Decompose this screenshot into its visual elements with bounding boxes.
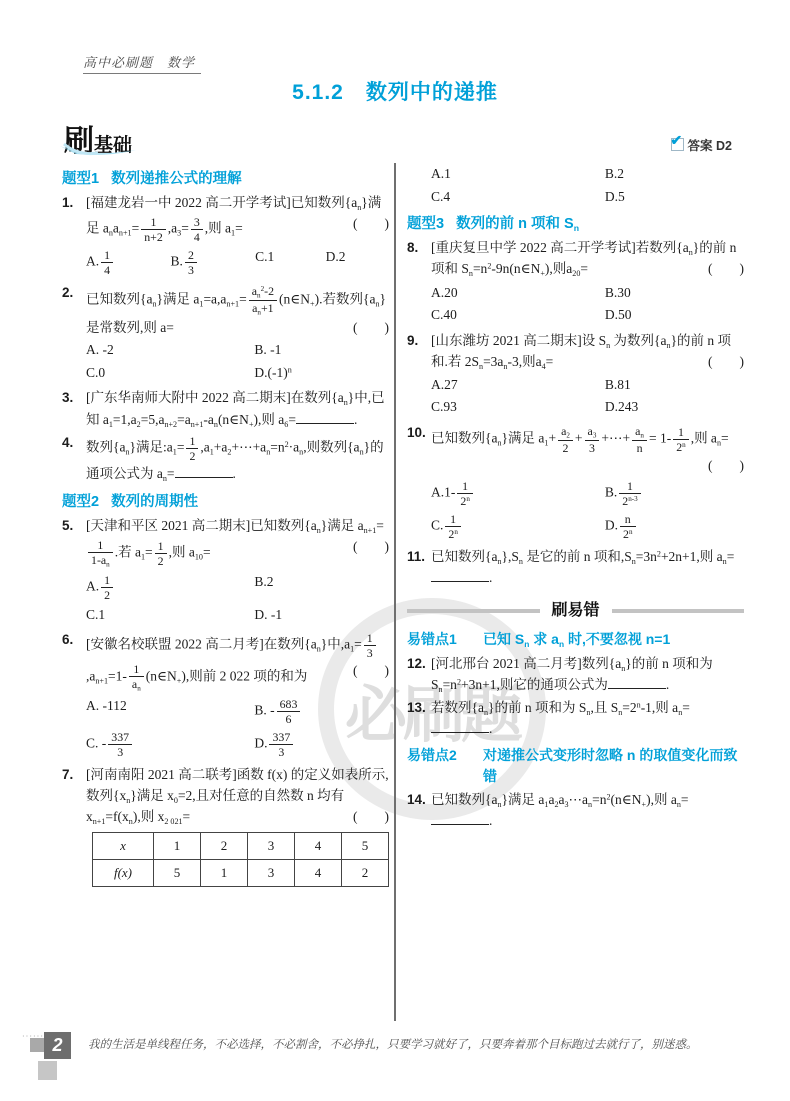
problem-14: 14.已知数列{an}满足 a1a2a3⋯an=n2(n∈N+),则 an=. <box>407 790 744 832</box>
problem-3: 3.[广东华南师大附中 2022 高二期末]在数列{an}中,已知 a1=1,a… <box>62 388 389 430</box>
fraction: a33 <box>585 424 600 455</box>
option: B.30 <box>605 283 744 304</box>
fraction: 12 <box>186 434 198 463</box>
problem-text: 已知数列{an}满足 a1=a,an+1=an2-2an+1(n∈N+).若数列… <box>86 283 389 338</box>
mistake-title: 已知 Sn 求 an 时,不要忽视 n=1 <box>483 629 744 651</box>
answer-blank <box>175 465 233 478</box>
problem-4: 4.数列{an}满足:a1=12,a1+a2+⋯+an=n2·an,则数列{an… <box>62 433 389 485</box>
fraction: 6836 <box>277 697 301 726</box>
problem-number: 6. <box>62 630 86 694</box>
option: D. -1 <box>254 605 389 626</box>
options-row: A.1-12nB.12n-3C.12nD.n2n <box>431 478 744 542</box>
option: A.14 <box>86 247 171 278</box>
table-cell: 4 <box>295 833 342 860</box>
problem-6: 6.[安徽名校联盟 2022 高二月考]在数列{an}中,a1=13,an+1=… <box>62 630 389 694</box>
table-cell: f(x) <box>93 860 154 887</box>
topic-title: 数列的周期性 <box>111 494 198 510</box>
options-row: A.14B.23C.1D.2 <box>86 247 389 278</box>
footer-square-decoration-2 <box>38 1061 57 1080</box>
footer-quote: 我的生活是单线程任务，不必选择，不必割舍，不必挣扎，只要学习就好了，只要奔着那个… <box>88 1036 768 1052</box>
options-row: A.12B.2C.1D. -1 <box>86 572 389 626</box>
page-footer: ······· 2 我的生活是单线程任务，不必选择，不必割舍，不必挣扎，只要学习… <box>0 1028 790 1101</box>
problem-13: 13.若数列{an}的前 n 项和为 Sn,且 Sn=2n-1,则 an=. <box>407 698 744 740</box>
answer-blank <box>431 812 489 825</box>
table-cell: x <box>93 833 154 860</box>
option: D.2 <box>326 247 389 278</box>
answer-paren: ( ) <box>353 661 389 682</box>
topic-title: 数列的前 n 项和 Sn <box>456 216 579 232</box>
answer-paren: ( ) <box>708 456 744 477</box>
fraction: 12n <box>445 512 461 541</box>
answer-blank <box>608 676 666 689</box>
fraction: 1n+2 <box>141 215 166 244</box>
options-row: A.20B.30C.40D.50 <box>431 283 744 326</box>
table-row: x12345 <box>93 833 389 860</box>
divider-bar <box>612 609 745 613</box>
topic-label: 题型3 <box>407 216 444 232</box>
fraction: 12n <box>673 425 689 454</box>
problem-number: 1. <box>62 193 86 245</box>
fraction: ann <box>632 424 647 455</box>
problem-text: 数列{an}满足:a1=12,a1+a2+⋯+an=n2·an,则数列{an}的… <box>86 433 389 485</box>
option: D.3373 <box>254 729 389 760</box>
fraction: 3373 <box>269 730 293 759</box>
divider-bar <box>407 609 540 613</box>
table-row: f(x)51342 <box>93 860 389 887</box>
topic-header: 题型2数列的周期性 <box>62 491 389 513</box>
answer-paren: ( ) <box>353 318 389 339</box>
answer-blank <box>431 569 489 582</box>
problem-text: [山东潍坊 2021 高二期末]设 Sn 为数列{an}的前 n 项和.若 2S… <box>431 331 744 373</box>
option: D.50 <box>605 305 744 326</box>
answer-blank <box>431 720 489 733</box>
option: A.1-12n <box>431 478 605 509</box>
problem-number: 12. <box>407 654 431 696</box>
function-table: x12345f(x)51342 <box>92 832 389 887</box>
problem-number: 13. <box>407 698 431 740</box>
option: A.20 <box>431 283 605 304</box>
problem-number: 7. <box>62 765 86 828</box>
table-cell: 4 <box>295 860 342 887</box>
mistake-label: 易错点1 <box>407 629 477 651</box>
option: B.2 <box>605 164 744 185</box>
fraction: 12n <box>457 479 473 508</box>
topic-label: 题型1 <box>62 171 99 187</box>
option: C.0 <box>86 363 254 384</box>
option: B.2 <box>254 572 389 603</box>
problem-number: 4. <box>62 433 86 485</box>
problem-11: 11.已知数列{an},Sn 是它的前 n 项和,Sn=3n2+2n+1,则 a… <box>407 547 744 589</box>
option: C.93 <box>431 397 605 418</box>
problem-8: 8.[重庆复旦中学 2022 高二开学考试]若数列{an}的前 n 项和 Sn=… <box>407 238 744 280</box>
swoosh-icon <box>58 142 168 160</box>
table-cell: 3 <box>248 833 295 860</box>
fraction: 12n-3 <box>619 479 640 508</box>
table-cell: 1 <box>201 860 248 887</box>
answer-paren: ( ) <box>708 352 744 373</box>
problem-2: 2.已知数列{an}满足 a1=a,an+1=an2-2an+1(n∈N+).若… <box>62 283 389 338</box>
option: C.1 <box>255 247 325 278</box>
option: C.4 <box>431 187 605 208</box>
problem-text: [重庆复旦中学 2022 高二开学考试]若数列{an}的前 n 项和 Sn=n2… <box>431 238 744 280</box>
table-cell: 3 <box>248 860 295 887</box>
option: A.27 <box>431 375 605 396</box>
table-cell: 1 <box>154 833 201 860</box>
topic-header: 题型1数列递推公式的理解 <box>62 168 389 190</box>
column-divider <box>394 163 396 1021</box>
problem-12: 12.[河北邢台 2021 高二月考]数列{an}的前 n 项和为 Sn=n2+… <box>407 654 744 696</box>
table-cell: 2 <box>342 860 389 887</box>
right-column: A.1B.2C.4D.5题型3数列的前 n 项和 Sn8.[重庆复旦中学 202… <box>407 162 744 834</box>
left-column: 题型1数列递推公式的理解1.[福建龙岩一中 2022 高二开学考试]已知数列{a… <box>62 162 389 891</box>
mistake-point: 易错点1已知 Sn 求 an 时,不要忽视 n=1 <box>407 629 744 651</box>
fraction: 14 <box>101 248 113 277</box>
options-row: A. -112B. -6836C. -3373D.3373 <box>86 696 389 760</box>
problem-10: 10.已知数列{an}满足 a1+a22+a33+⋯+ann= 1-12n,则 … <box>407 423 744 476</box>
problem-number: 3. <box>62 388 86 430</box>
fraction: 11-an <box>88 538 113 569</box>
problem-number: 10. <box>407 423 431 476</box>
fraction: 13 <box>364 631 376 660</box>
page-title: 5.1.2 数列中的递推 <box>0 76 790 106</box>
topic-title: 数列递推公式的理解 <box>111 171 242 187</box>
fraction: 34 <box>191 215 203 244</box>
problem-number: 11. <box>407 547 431 589</box>
fraction: n2n <box>620 512 636 541</box>
mistake-point: 易错点2对递推公式变形时忽略 n 的取值变化而致错 <box>407 745 744 788</box>
option: B.23 <box>171 247 256 278</box>
problem-9: 9.[山东潍坊 2021 高二期末]设 Sn 为数列{an}的前 n 项和.若 … <box>407 331 744 373</box>
option: B. -6836 <box>254 696 389 727</box>
problem-5: 5.[天津和平区 2021 高二期末]已知数列{an}满足 an+1=11-an… <box>62 516 389 570</box>
shua-jichu-logo: 刷基础 <box>64 116 132 160</box>
answer-paren: ( ) <box>353 214 389 235</box>
option: D.n2n <box>605 511 744 542</box>
fraction: 12 <box>101 573 113 602</box>
table-cell: 5 <box>342 833 389 860</box>
book-header: 高中必刷题 数学 <box>83 52 201 74</box>
problem-1: 1.[福建龙岩一中 2022 高二开学考试]已知数列{an}满足 anan+1=… <box>62 193 389 245</box>
options-row: A. -2B. -1C.0D.(-1)n <box>86 340 389 383</box>
problem-text: [河北邢台 2021 高二月考]数列{an}的前 n 项和为 Sn=n2+3n+… <box>431 654 744 696</box>
option: C.40 <box>431 305 605 326</box>
mistake-label: 易错点2 <box>407 745 477 788</box>
option: A.12 <box>86 572 254 603</box>
answer-blank <box>296 410 354 423</box>
problem-number: 9. <box>407 331 431 373</box>
fraction: 23 <box>185 248 197 277</box>
fraction: a22 <box>558 424 573 455</box>
section-divider: 刷易错 <box>407 599 744 623</box>
options-row: A.1B.2C.4D.5 <box>431 164 744 207</box>
checkbox-icon: ✔ <box>671 138 684 151</box>
section-title: 刷易错 <box>552 599 600 623</box>
page-number-badge: 2 <box>44 1032 71 1059</box>
option: B. -1 <box>254 340 389 361</box>
problem-7: 7.[河南南阳 2021 高二联考]函数 f(x) 的定义如表所示,数列{xn}… <box>62 765 389 828</box>
option: D.(-1)n <box>254 363 389 384</box>
option: C.12n <box>431 511 605 542</box>
answer-reference-label: 答案 D2 <box>688 139 732 153</box>
problem-number: 2. <box>62 283 86 338</box>
fraction: 1an <box>129 662 144 693</box>
option: A.1 <box>431 164 605 185</box>
problem-text: 已知数列{an}满足 a1a2a3⋯an=n2(n∈N+),则 an=. <box>431 790 744 832</box>
option: A. -112 <box>86 696 254 727</box>
topic-header: 题型3数列的前 n 项和 Sn <box>407 213 744 235</box>
problem-number: 5. <box>62 516 86 570</box>
problem-text: [福建龙岩一中 2022 高二开学考试]已知数列{an}满足 anan+1=1n… <box>86 193 389 245</box>
problem-number: 14. <box>407 790 431 832</box>
problem-text: [河南南阳 2021 高二联考]函数 f(x) 的定义如表所示,数列{xn}满足… <box>86 765 389 828</box>
problem-text: 已知数列{an},Sn 是它的前 n 项和,Sn=3n2+2n+1,则 an=. <box>431 547 744 589</box>
answer-paren: ( ) <box>353 537 389 558</box>
table-cell: 2 <box>201 833 248 860</box>
workbook-page: 高中必刷题 数学 5.1.2 数列中的递推 刷基础 ✔答案 D2 必刷题 题型1… <box>0 0 790 1101</box>
problem-number: 8. <box>407 238 431 280</box>
answer-paren: ( ) <box>353 807 389 828</box>
check-icon: ✔ <box>671 132 683 149</box>
table-cell: 5 <box>154 860 201 887</box>
problem-text: [广东华南师大附中 2022 高二期末]在数列{an}中,已知 a1=1,a2=… <box>86 388 389 430</box>
problem-text: [安徽名校联盟 2022 高二月考]在数列{an}中,a1=13,an+1=1-… <box>86 630 389 694</box>
problem-text: 若数列{an}的前 n 项和为 Sn,且 Sn=2n-1,则 an=. <box>431 698 744 740</box>
problem-text: [天津和平区 2021 高二期末]已知数列{an}满足 an+1=11-an.若… <box>86 516 389 570</box>
option: C.1 <box>86 605 254 626</box>
fraction: 3373 <box>108 730 132 759</box>
options-row: A.27B.81C.93D.243 <box>431 375 744 418</box>
mistake-title: 对递推公式变形时忽略 n 的取值变化而致错 <box>483 745 744 788</box>
option: B.12n-3 <box>605 478 744 509</box>
footer-square-decoration <box>30 1038 44 1052</box>
option: D.5 <box>605 187 744 208</box>
problem-text: 已知数列{an}满足 a1+a22+a33+⋯+ann= 1-12n,则 an=… <box>431 423 744 476</box>
topic-label: 题型2 <box>62 494 99 510</box>
fraction: an2-2an+1 <box>249 284 277 317</box>
option: D.243 <box>605 397 744 418</box>
answer-paren: ( ) <box>708 259 744 280</box>
option: C. -3373 <box>86 729 254 760</box>
fraction: 12 <box>155 539 167 568</box>
option: A. -2 <box>86 340 254 361</box>
answer-reference: ✔答案 D2 <box>671 136 732 154</box>
option: B.81 <box>605 375 744 396</box>
